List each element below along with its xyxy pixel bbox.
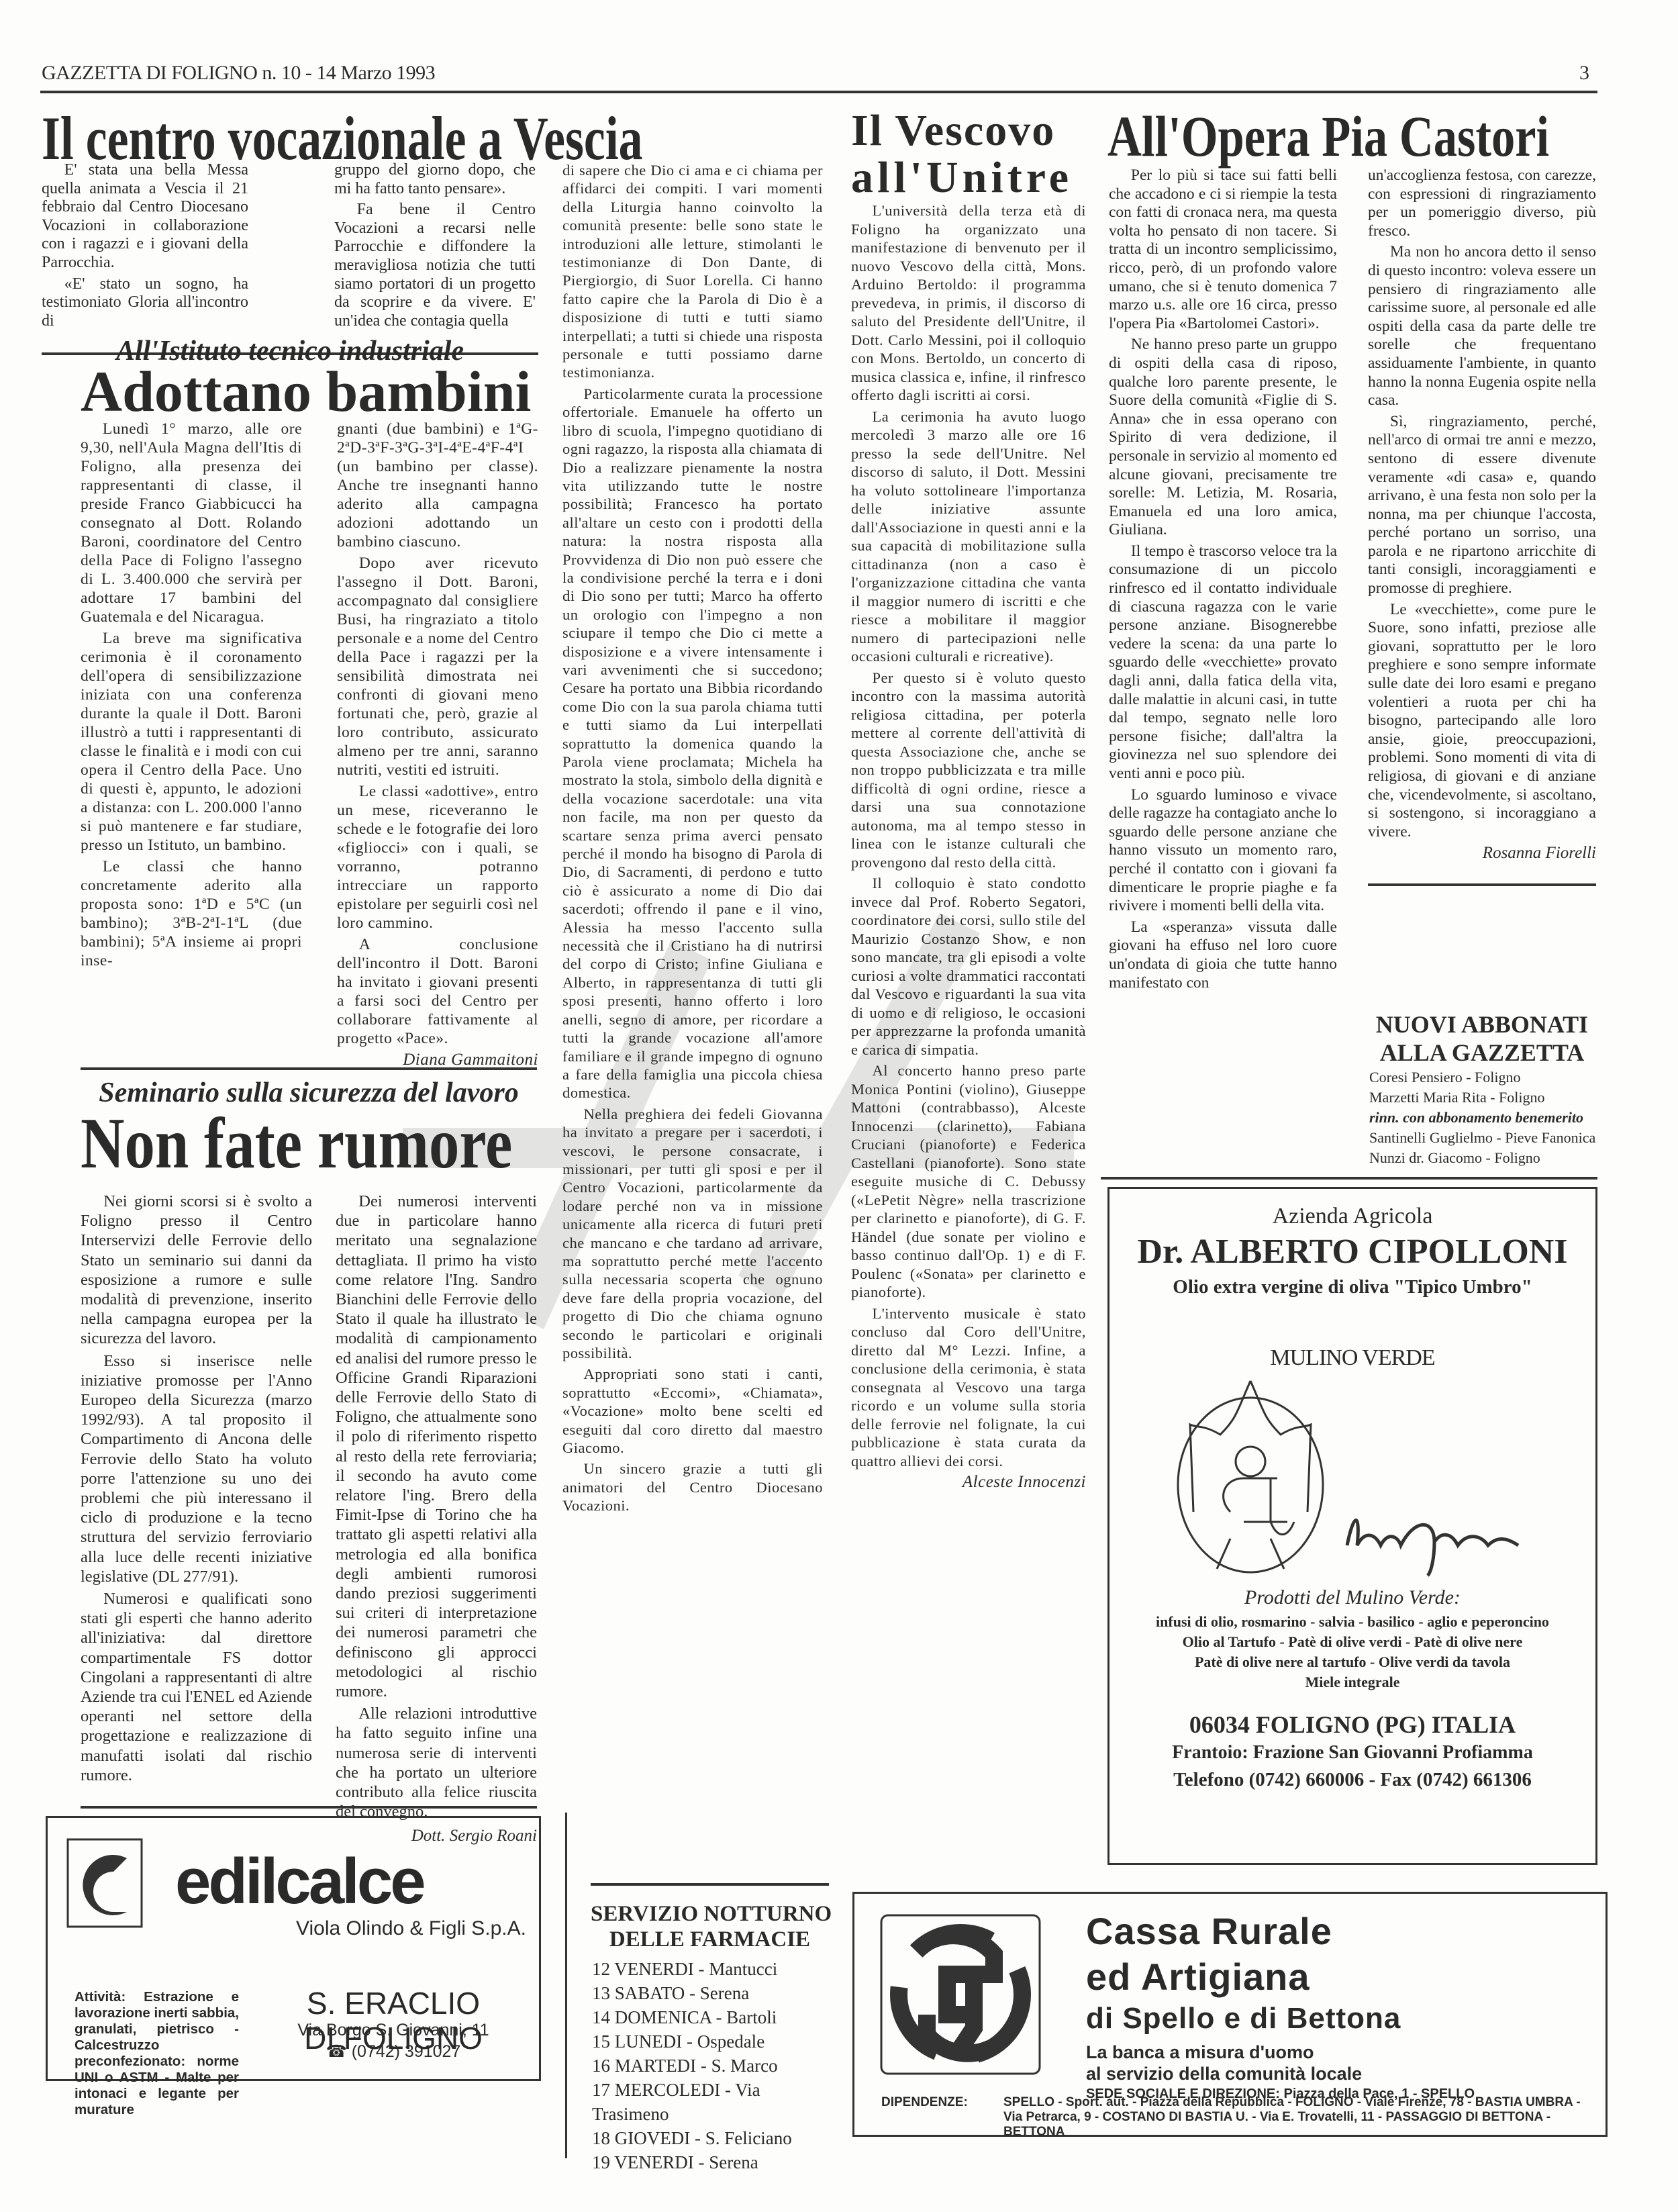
cassa-rurale-dipendenze: SPELLO - Sport. aut. - Piazza della Repu…: [1003, 2095, 1581, 2139]
article-title-rumore: Non fate rumore: [81, 1108, 512, 1180]
edilcalce-logo-icon: [66, 1838, 147, 1932]
castori-col-2: un'accoglienza festosa, con carezze, con…: [1368, 166, 1596, 863]
ad-edilcalce: edilcalce Viola Olindo & Figli S.p.A. At…: [46, 1816, 541, 2081]
cassa-rurale-dipendenze-label: DIPENDENZE:: [881, 2095, 968, 2110]
cassa-rurale-slogan: La banca a misura d'uomo al servizio del…: [1086, 2041, 1475, 2103]
header-rule: [40, 91, 1597, 93]
edilcalce-brand: edilcalce: [175, 1845, 424, 1919]
cipolloni-name: Dr. ALBERTO CIPOLLONI: [1109, 1235, 1595, 1269]
list-item: Marzetti Maria Rita - Foligno: [1369, 1088, 1601, 1108]
mulino-verde-logo-icon: [1170, 1378, 1331, 1579]
article-title-adottano: Adottano bambini: [81, 363, 531, 420]
list-item: 17 MERCOLEDI - Via Trasimeno: [592, 2078, 830, 2126]
divider: [81, 1806, 537, 1809]
rumore-col-1: Nei giorni scorsi si è svolto a Foligno …: [81, 1192, 312, 1788]
divider: [1368, 883, 1596, 886]
castori-col-1: Per lo più si tace sui fatti belli che a…: [1109, 166, 1337, 995]
vescia-col-3: di sapere che Dio ci ama e ci chiama per…: [562, 161, 823, 1518]
edilcalce-company: Viola Olindo & Figli S.p.A.: [296, 1917, 526, 1940]
signature: Rosanna Fiorelli: [1368, 844, 1596, 863]
edilcalce-contact: Via Borgo S. Giovanni, 11 ☎ (0742) 39102…: [269, 2019, 517, 2062]
list-item: Nunzi dr. Giacomo - Foligno: [1369, 1148, 1601, 1168]
list-item: 19 VENERDI - Serena: [592, 2150, 830, 2174]
ad-cipolloni: Azienda Agricola Dr. ALBERTO CIPOLLONI O…: [1107, 1187, 1597, 1865]
farmacie-title: SERVIZIO NOTTURNO DELLE FARMACIE: [591, 1901, 829, 1952]
list-item: 13 SABATO - Serena: [592, 1981, 830, 2005]
list-item: 16 MARTEDI - S. Marco: [592, 2054, 830, 2078]
list-item: 18 GIOVEDI - S. Feliciano: [592, 2126, 830, 2150]
list-item: Santinelli Guglielmo - Pieve Fanonica: [1369, 1128, 1601, 1148]
cassa-rurale-logo-icon: [880, 1914, 1041, 2075]
cipolloni-products: infusi di olio, rosmarino - salvia - bas…: [1109, 1612, 1595, 1692]
list-item: Coresi Pensiero - Foligno: [1369, 1067, 1601, 1088]
abbonati-title: NUOVI ABBONATI ALLA GAZZETTA: [1368, 1010, 1596, 1067]
divider: [591, 1883, 829, 1886]
adottano-col-2: gnanti (due bambini) e 1ªG-2ªD-3ªF-3ªG-3…: [337, 420, 538, 1069]
vescia-col-2: gruppo del giorno dopo, che mi ha fatto …: [334, 161, 536, 333]
farmacie-list: 12 VENERDI - Mantucci 13 SABATO - Serena…: [592, 1957, 830, 2174]
signature: Alceste Innocenzi: [851, 1473, 1086, 1492]
article-title-unitre: Il Vescovo all'Unitre: [851, 107, 1073, 201]
masthead: GAZZETTA DI FOLIGNO n. 10 - 14 Marzo 199…: [42, 62, 435, 85]
rumore-col-2: Dei numerosi interventi due in particola…: [336, 1192, 537, 1845]
adottano-col-1: Lunedì 1° marzo, alle ore 9,30, nell'Aul…: [81, 420, 302, 973]
vescia-col-1: E' stata una bella Messa quella animata …: [42, 161, 248, 333]
column-rule: [565, 1813, 567, 2158]
signature-graphic-icon: [1334, 1505, 1535, 1579]
abbonati-list: Coresi Pensiero - Foligno Marzetti Maria…: [1369, 1067, 1601, 1168]
article-title-vescia: Il centro vocazionale a Vescia: [42, 107, 643, 169]
article-title-castori: All'Opera Pia Castori: [1107, 107, 1549, 165]
divider: [1101, 1177, 1597, 1180]
ad-cassa-rurale: Cassa Rurale ed Artigiana di Spello e di…: [852, 1892, 1608, 2137]
signature: Diana Gammaitoni: [337, 1051, 538, 1069]
divider: [81, 1067, 537, 1070]
list-item: 12 VENERDI - Mantucci: [592, 1957, 830, 1981]
unitre-body: L'università della terza età di Foligno …: [851, 201, 1086, 1492]
abbonati-subhead: rinn. con abbonamento benemerito: [1369, 1108, 1601, 1128]
list-item: 15 LUNEDI - Ospedale: [592, 2029, 830, 2054]
list-item: 14 DOMENICA - Bartoli: [592, 2005, 830, 2029]
page-number: 3: [1579, 62, 1589, 85]
cassa-rurale-name: Cassa Rurale ed Artigiana di Spello e di…: [1086, 1909, 1401, 2037]
edilcalce-activity: Attività: Estrazione e lavorazione inert…: [75, 1989, 239, 2118]
mulino-verde-logotype: MULINO VERDE: [1109, 1345, 1595, 1371]
